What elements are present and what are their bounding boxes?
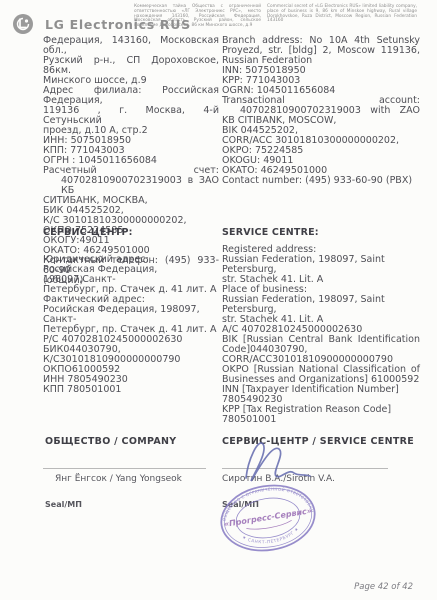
text-line: Росийская Федерация, 198097, Санкт- [43, 305, 219, 325]
confidentiality-note-ru: Коммерческая тайна Общества с ограниченн… [134, 5, 261, 29]
text-line: 780501001 [222, 415, 420, 425]
company-seal-label: Seal/МП [45, 500, 82, 509]
text-line: 119136 , г. Москва, 4-й Сетуньский [43, 106, 219, 126]
company-signature-heading: ОБЩЕСТВО / COMPANY [45, 436, 176, 447]
text-line: Russian Federation, 198097, Saint Peters… [222, 295, 420, 315]
company-details-ru: Федерация, 143160, Московская обл.,Рузск… [43, 36, 219, 286]
company-signature-line [43, 468, 206, 469]
company-signatory-name: Янг Ёнгсок / Yang Yongseok [55, 474, 182, 484]
text-line: Федерация, 143160, Московская обл., [43, 36, 219, 56]
text-line: Росийская Федерация, 198097,Санкт- [43, 265, 219, 285]
service-centre-details-ru: Юридический адрес:Росийская Федерация, 1… [43, 255, 219, 395]
text-line: Рузский р-н., СП Дороховское, 86км. [43, 56, 219, 76]
text-line: Адрес филиала: Российская Федерация, [43, 86, 219, 106]
text-line: Contact number: (495) 933-60-90 (PBX) [222, 176, 420, 186]
text-line: КПП 780501001 [43, 385, 219, 395]
confidentiality-note-en: Commercial secret of «LG Electronics RUS… [267, 5, 417, 24]
document-page: LG Electronics RUS Коммерческая тайна Об… [0, 0, 437, 600]
service-centre-heading-ru: СЕРВИС-ЦЕНТР: [43, 227, 133, 238]
company-details-en: Branch address: No 10A 4th SetunskyProye… [222, 36, 420, 186]
lg-logo-icon [12, 13, 34, 35]
text-line: Russian Federation, 198097, Saint Peters… [222, 255, 420, 275]
page-number: Page 42 of 42 [354, 582, 413, 592]
company-round-stamp: ОБЩЕСТВО С ОГРАНИЧЕННОЙ ОТВЕТСТВЕННОСТЬЮ… [212, 475, 324, 560]
service-centre-heading-en: SERVICE CENTRE: [222, 227, 319, 238]
service-centre-details-en: Registered address:Russian Federation, 1… [222, 245, 420, 425]
text-line: 40702810900702319003 в ЗАО КБ [43, 176, 219, 196]
